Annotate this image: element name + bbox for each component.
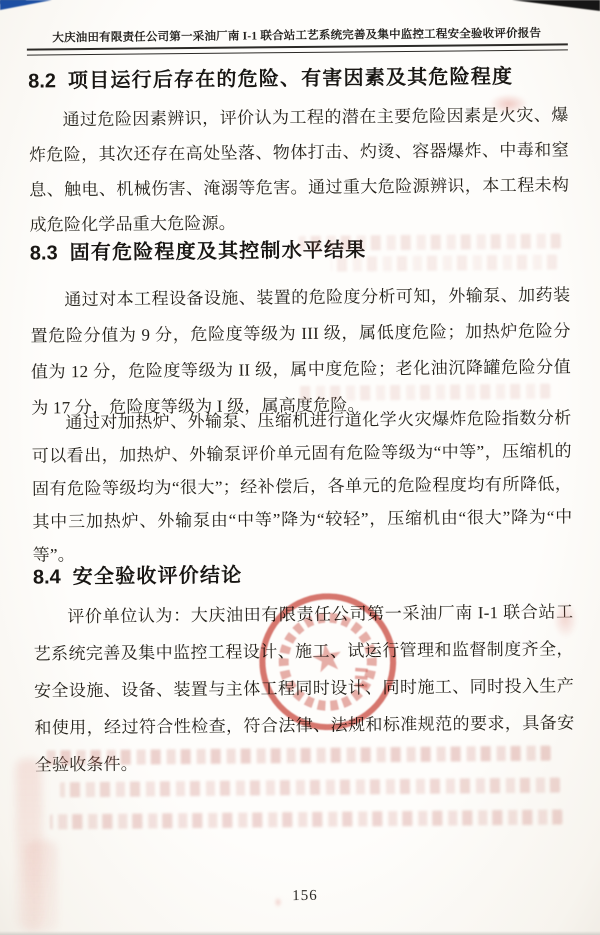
- running-header: 大庆油田有限责任公司第一采油厂南 I-1 联合站工艺系统完善及集中监控工程安全验…: [27, 24, 567, 45]
- section-heading-8-4: 8.4安全验收评价结论: [33, 555, 578, 589]
- section-title: 安全验收评价结论: [73, 565, 243, 589]
- header-double-rule: [27, 43, 568, 55]
- official-seal-stamp: [240, 574, 415, 749]
- page-bottom-edge-shadow: [0, 931, 600, 935]
- section-title: 项目运行后存在的危险、有害因素及其危险程度: [68, 66, 513, 92]
- corner-background-black: [512, 0, 600, 11]
- page-content: 大庆油田有限责任公司第一采油厂南 I-1 联合站工艺系统完善及集中监控工程安全验…: [0, 0, 600, 935]
- section-number: 8.3: [30, 242, 58, 264]
- bleedthrough-text-artifact: [299, 233, 561, 251]
- seal-star-icon: [310, 641, 343, 673]
- paragraph: 通过对加热炉、外输泵、压缩机进行道化学火灾爆炸危险指数分析可以看出，加热炉、外输…: [31, 401, 573, 571]
- section-number: 8.2: [28, 70, 56, 92]
- section-heading-8-2: 8.2项目运行后存在的危险、有害因素及其危险程度: [28, 59, 573, 93]
- paragraph: 通过危险因素辨识，评价认为工程的潜在主要危险因素是火灾、爆炸危险，其次还存在高处…: [28, 97, 569, 242]
- bleedthrough-text-artifact: [50, 810, 562, 830]
- corner-background-blue: [0, 0, 52, 10]
- page-number: 156: [5, 885, 600, 908]
- section-number: 8.4: [33, 566, 61, 588]
- bleedthrough-text-artifact: [298, 384, 550, 401]
- red-ink-smudge: [548, 593, 582, 645]
- pink-edge-smudge: [24, 840, 57, 932]
- scanned-document-page: 大庆油田有限责任公司第一采油厂南 I-1 联合站工艺系统完善及集中监控工程安全验…: [0, 0, 600, 935]
- bleedthrough-text-artifact: [331, 255, 557, 272]
